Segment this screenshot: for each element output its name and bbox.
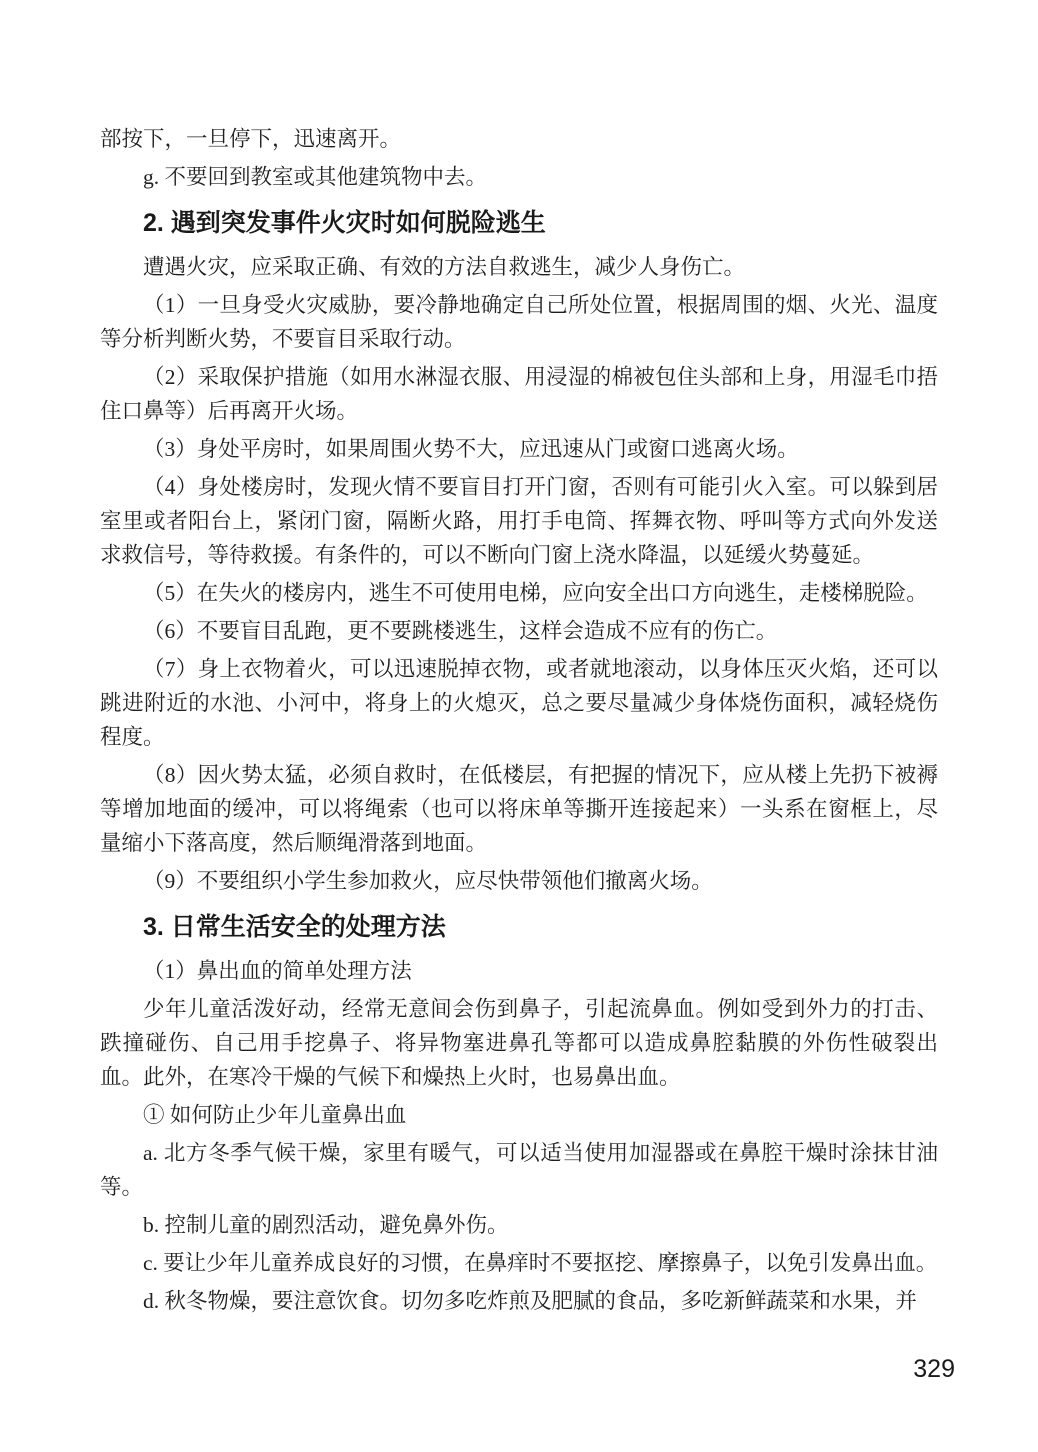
paragraph-point-1: （1）一旦身受火灾威胁，要冷静地确定自己所处位置，根据周围的烟、火光、温度等分析…	[100, 288, 938, 356]
page-content: 部按下，一旦停下，迅速离开。 g. 不要回到教室或其他建筑物中去。 2. 遇到突…	[100, 122, 938, 1318]
list-item-c: c. 要让少年儿童养成良好的习惯，在鼻痒时不要抠挖、摩擦鼻子，以免引发鼻出血。	[100, 1246, 938, 1280]
paragraph-circled-point-1: ① 如何防止少年儿童鼻出血	[100, 1098, 938, 1132]
list-item-a: a. 北方冬季气候干燥，家里有暖气，可以适当使用加湿器或在鼻腔干燥时涂抹甘油等。	[100, 1136, 938, 1204]
list-item-b: b. 控制儿童的剧烈活动，避免鼻外伤。	[100, 1208, 938, 1242]
paragraph-point-3: （3）身处平房时，如果周围火势不大，应迅速从门或窗口逃离火场。	[100, 432, 938, 466]
paragraph-point-8: （8）因火势太猛，必须自救时，在低楼层，有把握的情况下，应从楼上先扔下被褥等增加…	[100, 758, 938, 860]
paragraph-sub-heading-nosebleed: （1）鼻出血的简单处理方法	[100, 954, 938, 988]
paragraph-point-2: （2）采取保护措施（如用水淋湿衣服、用浸湿的棉被包住头部和上身，用湿毛巾捂住口鼻…	[100, 360, 938, 428]
paragraph-point-4: （4）身处楼房时，发现火情不要盲目打开门窗，否则有可能引火入室。可以躲到居室里或…	[100, 470, 938, 572]
section-heading-daily-safety: 3. 日常生活安全的处理方法	[100, 907, 938, 947]
paragraph-point-7: （7）身上衣物着火，可以迅速脱掉衣物，或者就地滚动，以身体压灭火焰，还可以跳进附…	[100, 652, 938, 754]
book-page: 部按下，一旦停下，迅速离开。 g. 不要回到教室或其他建筑物中去。 2. 遇到突…	[0, 0, 1038, 1452]
paragraph-continuation: 部按下，一旦停下，迅速离开。	[100, 122, 938, 156]
paragraph-point-9: （9）不要组织小学生参加救火，应尽快带领他们撤离火场。	[100, 864, 938, 898]
paragraph-fire-intro: 遭遇火灾，应采取正确、有效的方法自救逃生，减少人身伤亡。	[100, 250, 938, 284]
paragraph-point-6: （6）不要盲目乱跑，更不要跳楼逃生，这样会造成不应有的伤亡。	[100, 614, 938, 648]
page-number: 329	[913, 1355, 955, 1383]
list-item-d: d. 秋冬物燥，要注意饮食。切勿多吃炸煎及肥腻的食品，多吃新鲜蔬菜和水果，并	[100, 1284, 938, 1318]
paragraph-nosebleed-intro: 少年儿童活泼好动，经常无意间会伤到鼻子，引起流鼻血。例如受到外力的打击、跌撞碰伤…	[100, 992, 938, 1094]
list-item-g: g. 不要回到教室或其他建筑物中去。	[100, 160, 938, 194]
section-heading-fire-escape: 2. 遇到突发事件火灾时如何脱险逃生	[100, 203, 938, 243]
paragraph-point-5: （5）在失火的楼房内，逃生不可使用电梯，应向安全出口方向逃生，走楼梯脱险。	[100, 576, 938, 610]
